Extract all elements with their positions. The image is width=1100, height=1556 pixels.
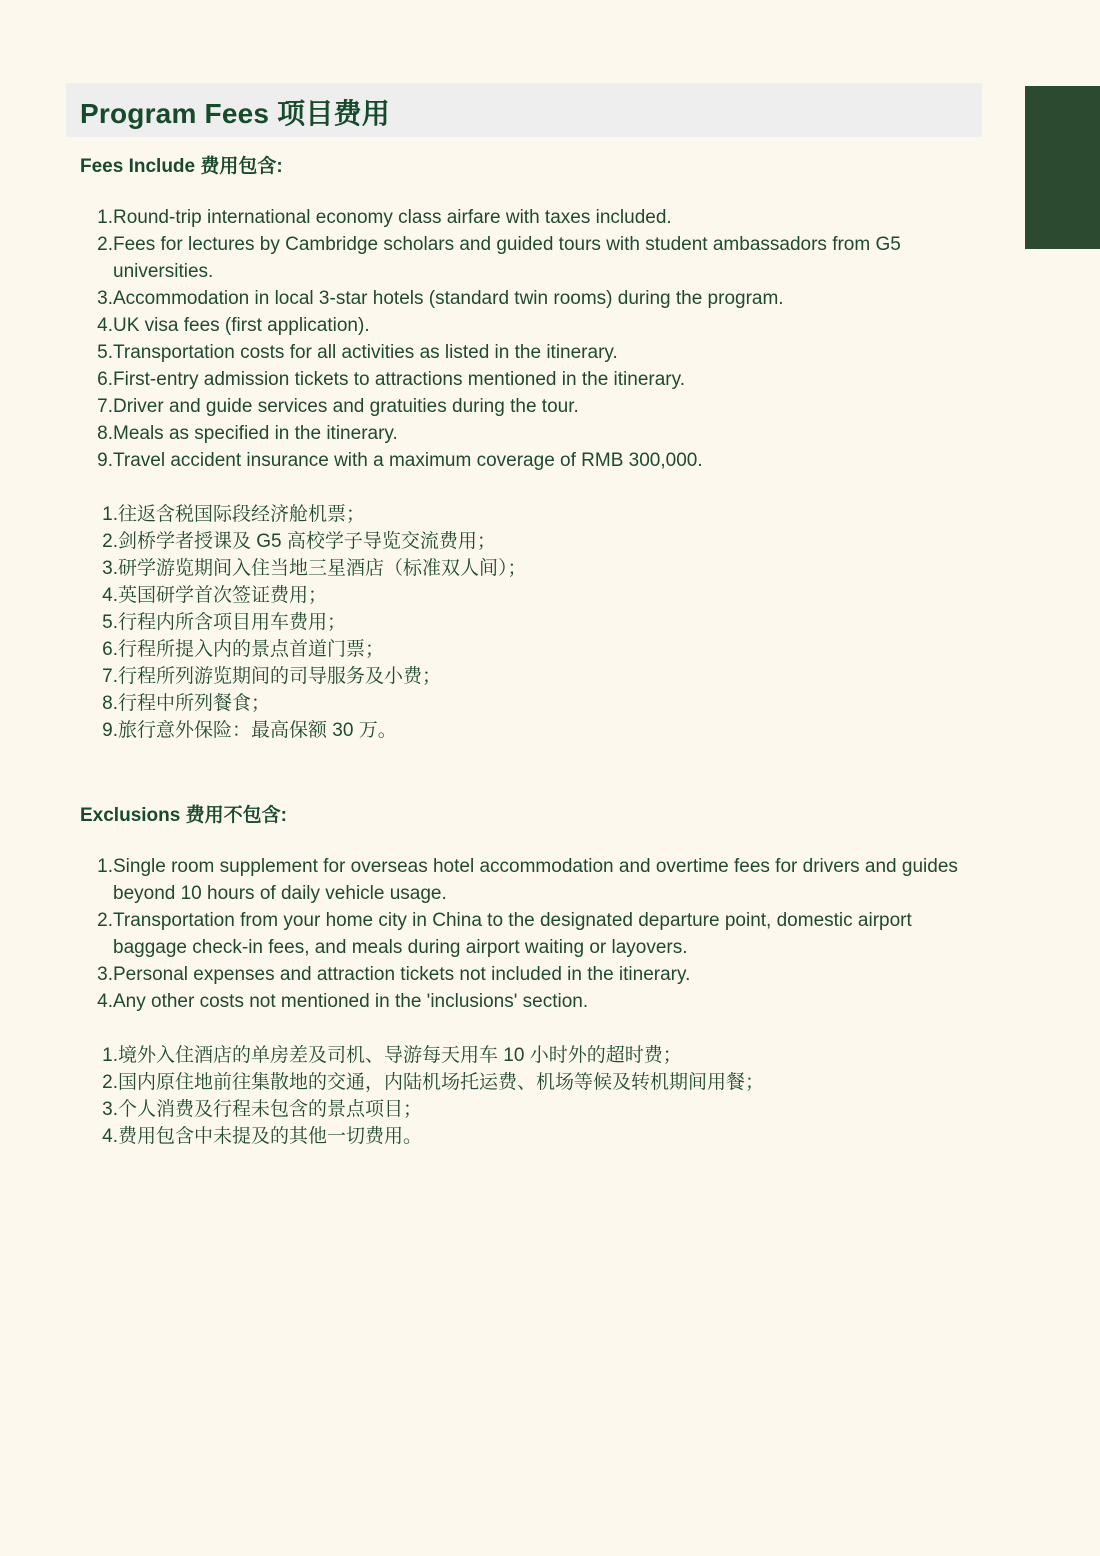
list-item: 2.剑桥学者授课及 G5 高校学子导览交流费用； — [80, 528, 990, 555]
page-title: Program Fees 项目费用 — [80, 92, 390, 132]
list-item: 2.国内原住地前往集散地的交通，内陆机场托运费、机场等候及转机期间用餐； — [80, 1069, 990, 1096]
list-item: 3.个人消费及行程未包含的景点项目； — [80, 1096, 990, 1123]
exclusions-list-zh: 1.境外入住酒店的单房差及司机、导游每天用车 10 小时外的超时费； 2.国内原… — [80, 1042, 990, 1150]
list-item: 7.行程所列游览期间的司导服务及小费； — [80, 663, 990, 690]
list-item: 3.Personal expenses and attraction ticke… — [80, 961, 990, 988]
exclusions-heading: Exclusions 费用不包含: — [80, 800, 287, 827]
exclusions-list-en: 1.Single room supplement for overseas ho… — [80, 853, 990, 1015]
list-item: 5.行程内所含项目用车费用； — [80, 609, 990, 636]
fees-include-heading: Fees Include 费用包含: — [80, 151, 283, 178]
fees-include-list-zh: 1.往返含税国际段经济舱机票； 2.剑桥学者授课及 G5 高校学子导览交流费用；… — [80, 501, 990, 744]
list-item: 8.行程中所列餐食； — [80, 690, 990, 717]
fees-include-list-en: 1.Round-trip international economy class… — [80, 204, 990, 474]
list-item: 4.Any other costs not mentioned in the '… — [80, 988, 990, 1015]
list-item: 4.UK visa fees (first application). — [80, 312, 990, 339]
list-item: 1.Single room supplement for overseas ho… — [80, 853, 990, 907]
list-item: 3.研学游览期间入住当地三星酒店（标准双人间）； — [80, 555, 990, 582]
title-bar: Program Fees 项目费用 — [66, 83, 982, 137]
side-accent-tab — [1025, 86, 1100, 249]
list-item: 3.Accommodation in local 3-star hotels (… — [80, 285, 990, 312]
list-item: 8.Meals as specified in the itinerary. — [80, 420, 990, 447]
list-item: 7.Driver and guide services and gratuiti… — [80, 393, 990, 420]
list-item: 9.旅行意外保险：最高保额 30 万。 — [80, 717, 990, 744]
list-item: 9.Travel accident insurance with a maxim… — [80, 447, 990, 474]
list-item: 6.行程所提入内的景点首道门票； — [80, 636, 990, 663]
list-item: 1.境外入住酒店的单房差及司机、导游每天用车 10 小时外的超时费； — [80, 1042, 990, 1069]
list-item: 5.Transportation costs for all activitie… — [80, 339, 990, 366]
list-item: 1.Round-trip international economy class… — [80, 204, 990, 231]
list-item: 1.往返含税国际段经济舱机票； — [80, 501, 990, 528]
list-item: 6.First-entry admission tickets to attra… — [80, 366, 990, 393]
list-item: 2.Transportation from your home city in … — [80, 907, 990, 961]
list-item: 4.费用包含中未提及的其他一切费用。 — [80, 1123, 990, 1150]
list-item: 2.Fees for lectures by Cambridge scholar… — [80, 231, 990, 285]
list-item: 4.英国研学首次签证费用； — [80, 582, 990, 609]
